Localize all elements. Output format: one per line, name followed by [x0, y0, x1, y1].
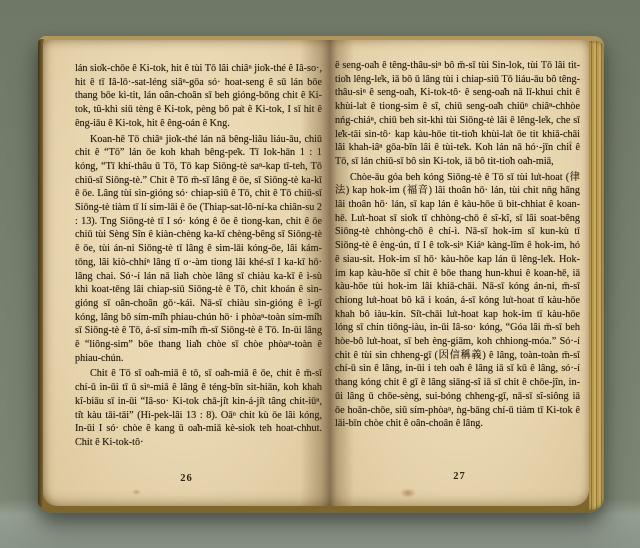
paragraph: Chit ê Tō sī oa̍h-miā ê tō, sī oa̍h-miā … — [75, 367, 322, 449]
open-book: lán sio̍k-chōe ê Ki-tok, hit ê tùi Tō lâ… — [38, 36, 604, 513]
left-page: lán sio̍k-chōe ê Ki-tok, hit ê tùi Tō lâ… — [43, 40, 330, 506]
left-page-text: lán sio̍k-chōe ê Ki-tok, hit ê tùi Tō lâ… — [75, 62, 322, 468]
right-page-text: ê seng-oa̍h ê têng-thâu-siⁿ bô m̄-sī tùi… — [335, 59, 580, 469]
paragraph: ê seng-oa̍h ê têng-thâu-siⁿ bô m̄-sī tùi… — [335, 59, 580, 169]
right-page-number: 27 — [330, 471, 589, 482]
paragraph: Koan-hē Tō chiâⁿ jio̍k-thé lán nā bêng-l… — [75, 133, 322, 366]
photo-background: lán sio̍k-chōe ê Ki-tok, hit ê tùi Tō lâ… — [0, 0, 640, 548]
paragraph: Chòe-āu góa beh kóng Siōng-tè ê Tō sī tù… — [335, 171, 580, 431]
book-fore-edge-pages — [589, 41, 604, 510]
paragraph: lán sio̍k-chōe ê Ki-tok, hit ê tùi Tō lâ… — [75, 62, 322, 131]
left-page-number: 26 — [43, 473, 330, 484]
right-page: ê seng-oa̍h ê têng-thâu-siⁿ bô m̄-sī tùi… — [330, 40, 589, 506]
